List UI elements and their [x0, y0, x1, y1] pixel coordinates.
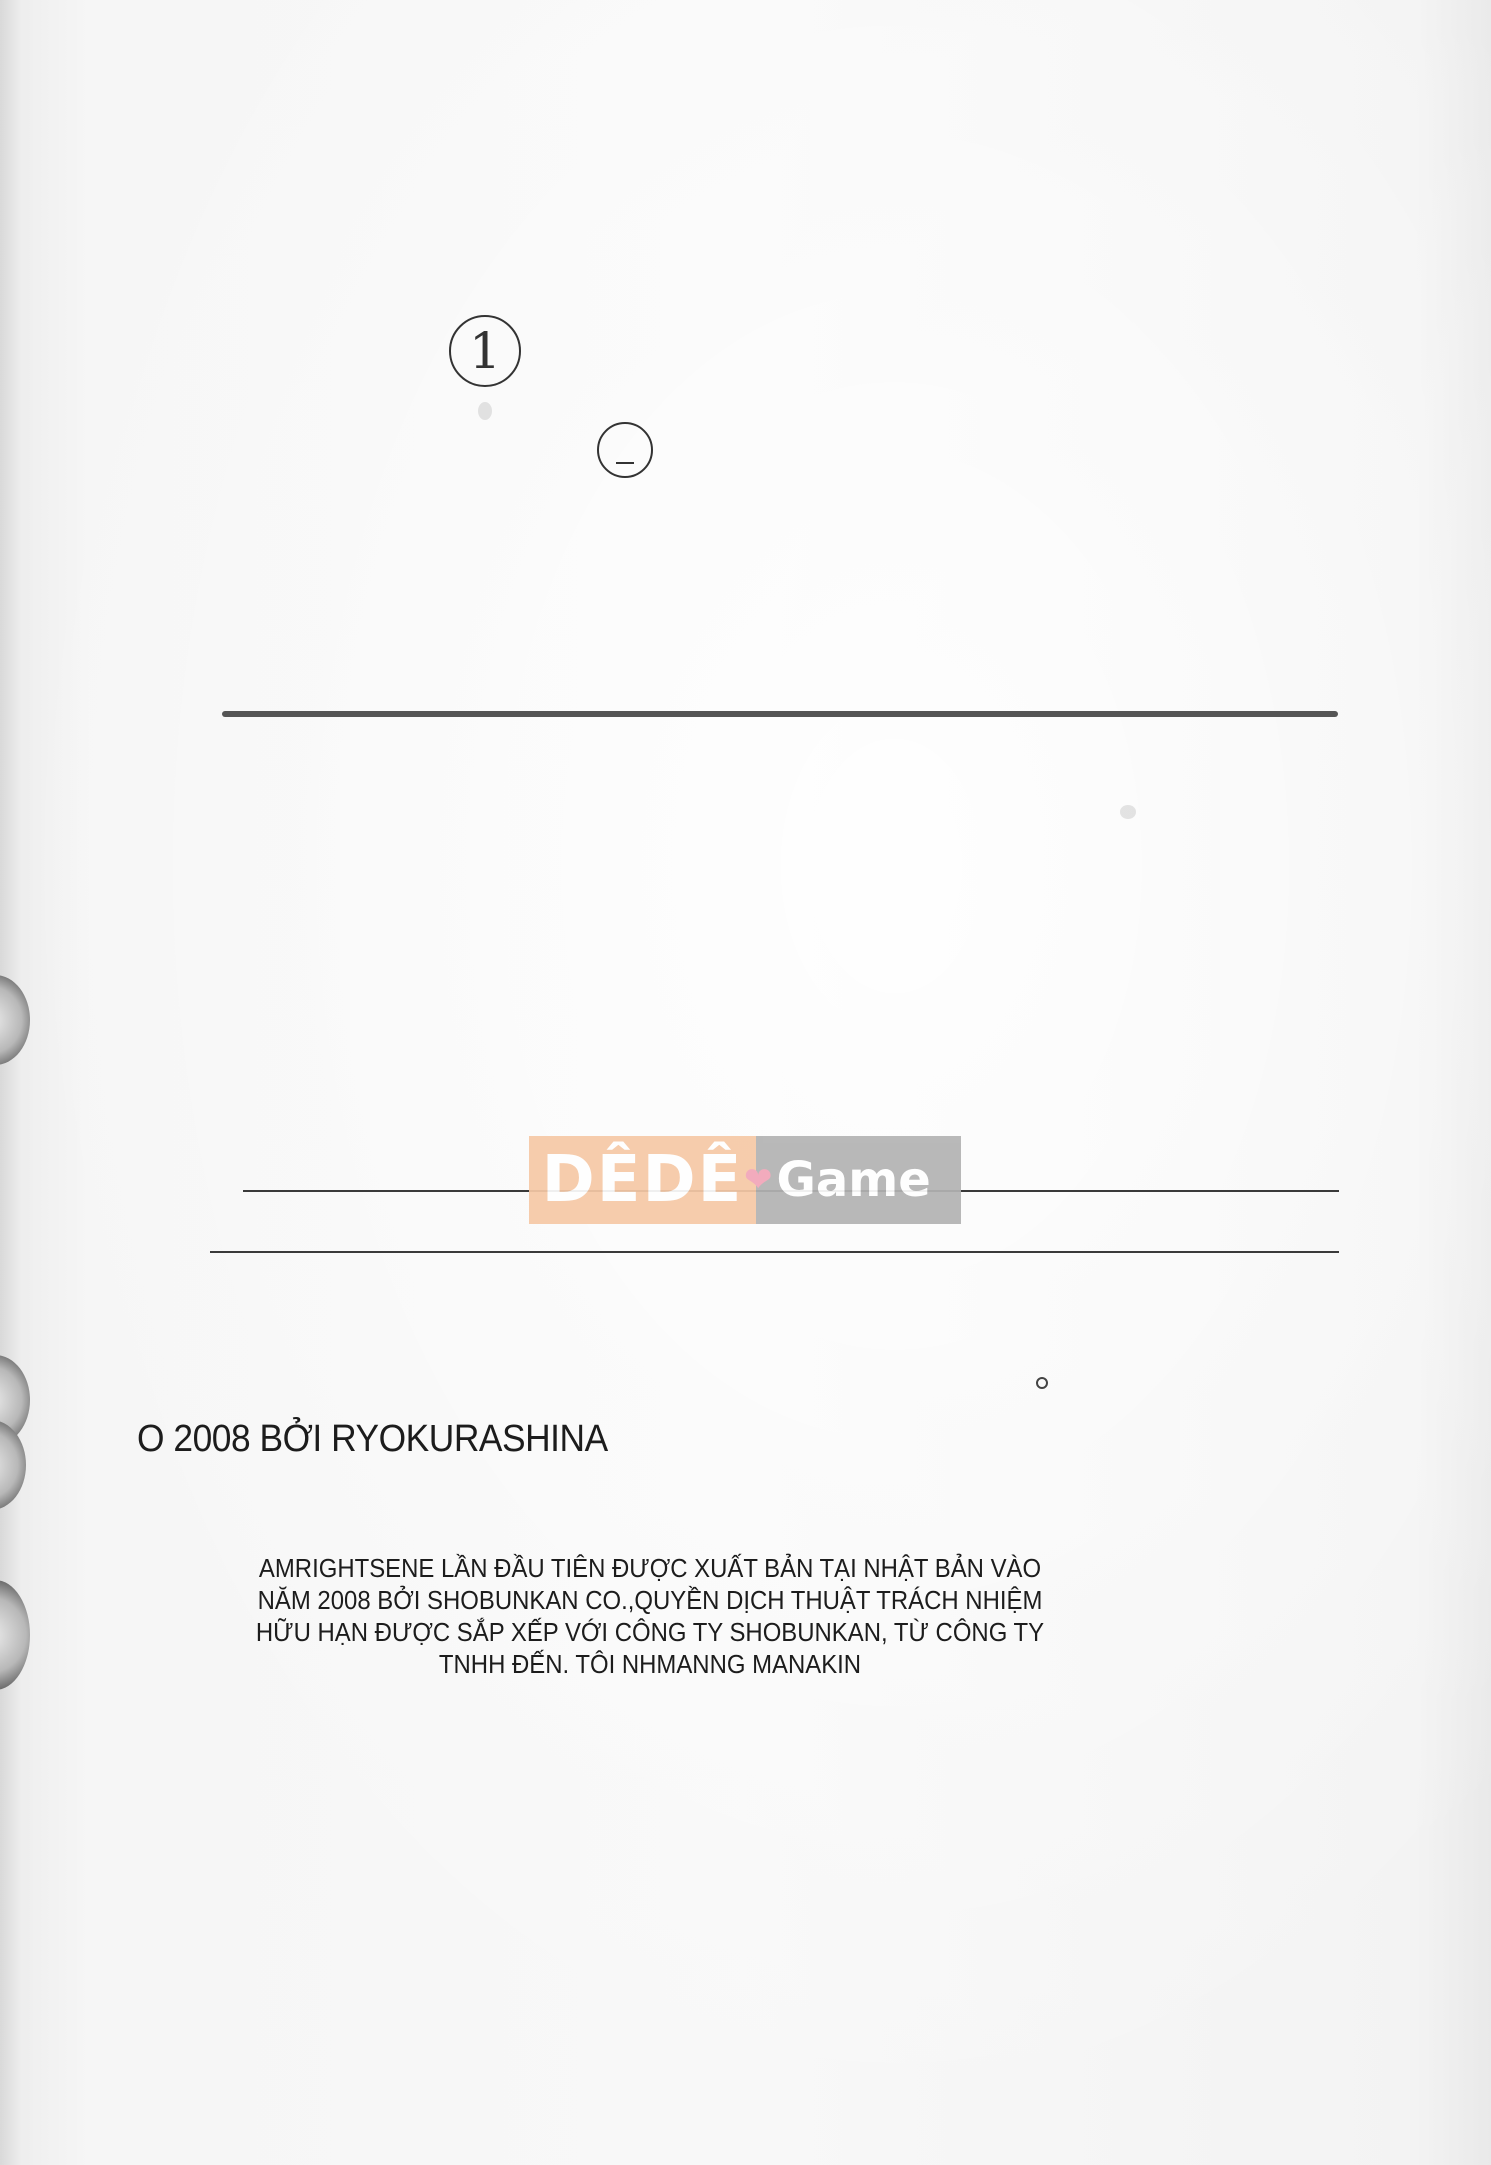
copyright-line: O 2008 BỞI RYOKURASHINA [137, 1418, 608, 1461]
page-left-edge [0, 0, 36, 2165]
watermark-logo: DÊDÊ ❤ Game [529, 1136, 961, 1224]
watermark-game-text: Game [777, 1152, 931, 1208]
notice-line: HỮU HẠN ĐƯỢC SẮP XẾP VỚI CÔNG TY SHOBUNK… [218, 1616, 1083, 1648]
notice-line: AMRIGHTSENE LẦN ĐẦU TIÊN ĐƯỢC XUẤT BẢN T… [218, 1552, 1083, 1584]
paper-smudge [478, 402, 492, 420]
circled-number-text: 1 [469, 322, 501, 380]
scanned-page: 1 DÊDÊ ❤ Game O 2008 BỞI RYOKURASHINA AM… [0, 0, 1491, 2165]
circled-number-mark: 1 [449, 315, 521, 387]
watermark-left-panel: DÊDÊ [529, 1136, 756, 1224]
watermark-brand-text: DÊDÊ [542, 1143, 744, 1217]
copyright-notice: AMRIGHTSENE LẦN ĐẦU TIÊN ĐƯỢC XUẤT BẢN T… [218, 1552, 1083, 1680]
dash-mark [616, 462, 634, 464]
small-circle-mark [1036, 1377, 1048, 1389]
watermark-right-panel: ❤ Game [756, 1136, 961, 1224]
notice-line: TNHH ĐẾN. TÔI NHMANNG MANAKIN [218, 1648, 1083, 1680]
circled-small-mark [597, 422, 653, 478]
divider-thick [222, 711, 1338, 717]
heart-icon: ❤ [744, 1160, 773, 1200]
divider-line [210, 1251, 1339, 1253]
notice-line: NĂM 2008 BỞI SHOBUNKAN CO.,QUYỀN DỊCH TH… [218, 1584, 1083, 1616]
paper-smudge [1120, 805, 1136, 819]
